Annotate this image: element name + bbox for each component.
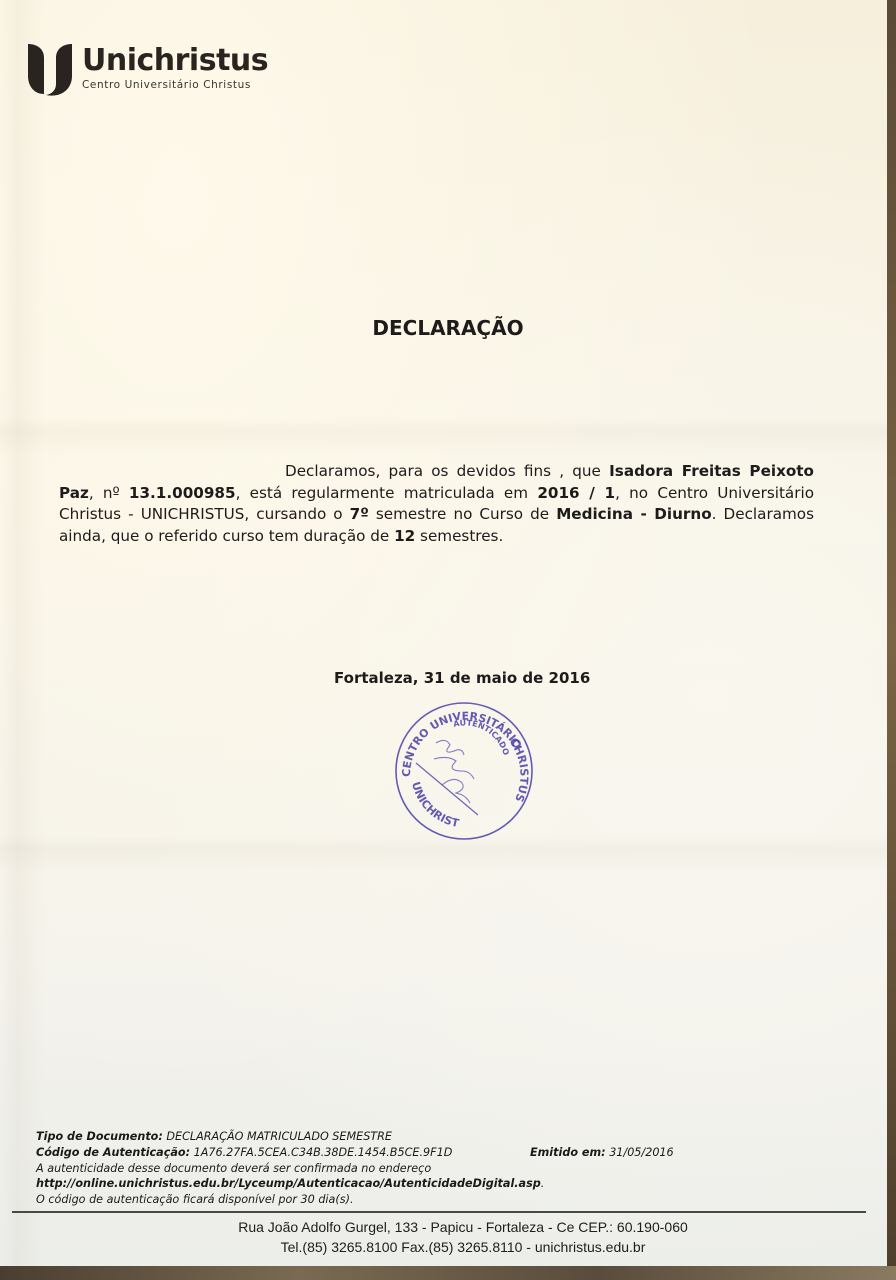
verification-url[interactable]: http://online.unichristus.edu.br/Lyceump…	[36, 1177, 541, 1190]
text-fragment: semestre no Curso de	[369, 505, 556, 523]
url-suffix: .	[541, 1177, 545, 1190]
auth-code-label: Código de Autenticação:	[36, 1146, 190, 1159]
authentication-stamp-icon: CENTRO UNIVERSITÁRIO CHRISTUS UNICHRISTU…	[392, 697, 537, 842]
course-duration: 12	[394, 527, 415, 545]
current-semester: 7º	[350, 505, 369, 523]
course-name: Medicina - Diurno	[556, 505, 711, 523]
footer-divider	[12, 1211, 866, 1213]
table-surface-bottom	[0, 1266, 896, 1280]
verification-url-row: http://online.unichristus.edu.br/Lyceump…	[36, 1176, 544, 1192]
document-type-value: DECLARAÇÃO MATRICULADO SEMESTRE	[166, 1130, 392, 1143]
text-fragment: Declaramos, para os devidos fins , que	[285, 462, 609, 480]
street-address: Rua João Adolfo Gurgel, 133 - Papicu - F…	[0, 1217, 896, 1237]
issued-label: Emitido em:	[530, 1146, 606, 1159]
auth-code-row: Código de Autenticação: 1A76.27FA.5CEA.C…	[36, 1145, 544, 1161]
place-and-date: Fortaleza, 31 de maio de 2016	[334, 669, 590, 687]
brand-name: Unichristus	[82, 46, 268, 76]
contact-info: Tel.(85) 3265.8100 Fax.(85) 3265.8110 - …	[0, 1237, 896, 1257]
registration-number: 13.1.000985	[129, 484, 236, 502]
verification-note: A autenticidade desse documento deverá s…	[36, 1161, 544, 1177]
brand-subtitle: Centro Universitário Christus	[82, 79, 268, 91]
document-type-label: Tipo de Documento:	[36, 1130, 163, 1143]
unichristus-u-logo-icon	[26, 42, 74, 98]
document-page	[0, 0, 887, 1266]
text-fragment: , nº	[89, 484, 129, 502]
declaration-paragraph: Declaramos, para os devidos fins , que I…	[59, 461, 814, 547]
text-fragment: , está regularmente matriculada em	[236, 484, 538, 502]
document-metadata: Tipo de Documento: DECLARAÇÃO MATRICULAD…	[36, 1129, 544, 1208]
document-type-row: Tipo de Documento: DECLARAÇÃO MATRICULAD…	[36, 1129, 544, 1145]
availability-note: O código de autenticação ficará disponív…	[36, 1192, 544, 1208]
auth-code-value: 1A76.27FA.5CEA.C34B.38DE.1454.B5CE.9F1D	[194, 1146, 453, 1159]
issued-value: 31/05/2016	[609, 1146, 673, 1159]
table-surface-right	[887, 0, 896, 1280]
text-fragment: semestres.	[415, 527, 503, 545]
issued-date: Emitido em: 31/05/2016	[530, 1145, 674, 1161]
footer-address: Rua João Adolfo Gurgel, 133 - Papicu - F…	[0, 1217, 896, 1257]
document-title: DECLARAÇÃO	[0, 316, 896, 340]
institution-logo: Unichristus Centro Universitário Christu…	[26, 42, 268, 98]
enrollment-period: 2016 / 1	[537, 484, 615, 502]
